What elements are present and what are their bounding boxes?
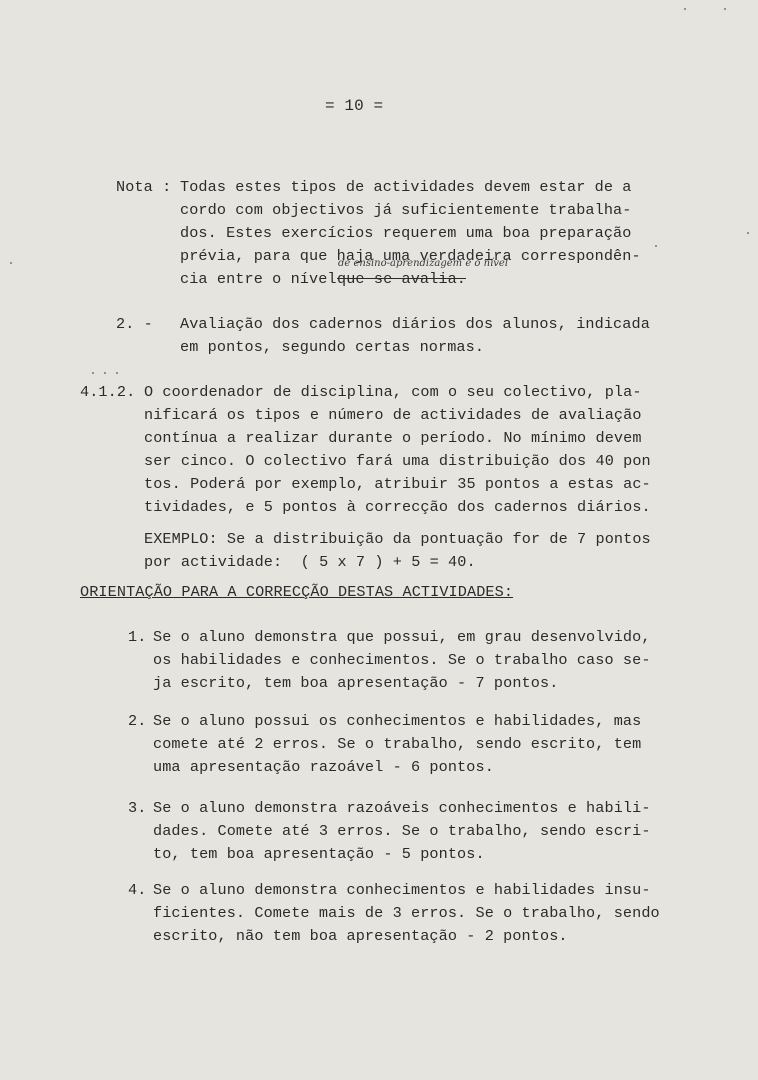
- scan-speck: [684, 8, 686, 10]
- nota-line: Todas estes tipos de actividades devem e…: [180, 180, 632, 195]
- item2-line: em pontos, segundo certas normas.: [180, 340, 484, 355]
- item2-number: 2. -: [116, 317, 153, 332]
- criterion-number: 4.: [128, 883, 146, 898]
- scan-speck: [655, 245, 657, 247]
- section-line: O coordenador de disciplina, com o seu c…: [144, 385, 642, 400]
- nota-line: cia entre o nível: [180, 272, 337, 287]
- criterion-line: os habilidades e conhecimentos. Se o tra…: [153, 653, 651, 668]
- section-line: nificará os tipos e número de actividade…: [144, 408, 642, 423]
- criterion-line: Se o aluno demonstra que possui, em grau…: [153, 630, 651, 645]
- criterion-line: Se o aluno possui os conhecimentos e hab…: [153, 714, 641, 729]
- scan-speck: [10, 262, 12, 264]
- page-number: = 10 =: [325, 98, 383, 114]
- criterion-number: 2.: [128, 714, 146, 729]
- handwritten-annotation: de ensino-aprendizagem e o nível: [338, 258, 508, 269]
- criterion-line: to, tem boa apresentação - 5 pontos.: [153, 847, 485, 862]
- section-line: contínua a realizar durante o período. N…: [144, 431, 642, 446]
- item2-line: Avaliação dos cadernos diários dos aluno…: [180, 317, 650, 332]
- scan-speck: [724, 8, 726, 10]
- nota-line: dos. Estes exercícios requerem uma boa p…: [180, 226, 632, 241]
- section-number: 4.1.2.: [80, 385, 135, 400]
- nota-line: cordo com objectivos já suficientemente …: [180, 203, 632, 218]
- scan-speck: [747, 232, 749, 234]
- criterion-line: escrito, não tem boa apresentação - 2 po…: [153, 929, 568, 944]
- section-line: tos. Poderá por exemplo, atribuir 35 pon…: [144, 477, 651, 492]
- section-line: tividades, e 5 pontos à correcção dos ca…: [144, 500, 651, 515]
- example-line: por actividade: ( 5 x 7 ) + 5 = 40.: [144, 555, 476, 570]
- criterion-line: ficientes. Comete mais de 3 erros. Se o …: [153, 906, 660, 921]
- section-line: ser cinco. O colectivo fará uma distribu…: [144, 454, 651, 469]
- criterion-line: ja escrito, tem boa apresentação - 7 pon…: [153, 676, 558, 691]
- criterion-line: Se o aluno demonstra razoáveis conhecime…: [153, 801, 651, 816]
- criterion-line: uma apresentação razoável - 6 pontos.: [153, 760, 494, 775]
- nota-label: Nota :: [116, 180, 171, 195]
- document-page: = 10 = Nota : Todas estes tipos de activ…: [0, 0, 758, 1080]
- scan-speck: [104, 372, 106, 374]
- example-line: EXEMPLO: Se a distribuição da pontuação …: [144, 532, 651, 547]
- scan-speck: [92, 372, 94, 374]
- criterion-number: 3.: [128, 801, 146, 816]
- nota-struck-line: que se avalia.: [337, 272, 466, 287]
- criterion-number: 1.: [128, 630, 146, 645]
- criterion-line: comete até 2 erros. Se o trabalho, sendo…: [153, 737, 641, 752]
- section-heading: ORIENTAÇÃO PARA A CORRECÇÃO DESTAS ACTIV…: [80, 585, 513, 600]
- criterion-line: Se o aluno demonstra conhecimentos e hab…: [153, 883, 651, 898]
- scan-speck: [116, 372, 118, 374]
- criterion-line: dades. Comete até 3 erros. Se o trabalho…: [153, 824, 651, 839]
